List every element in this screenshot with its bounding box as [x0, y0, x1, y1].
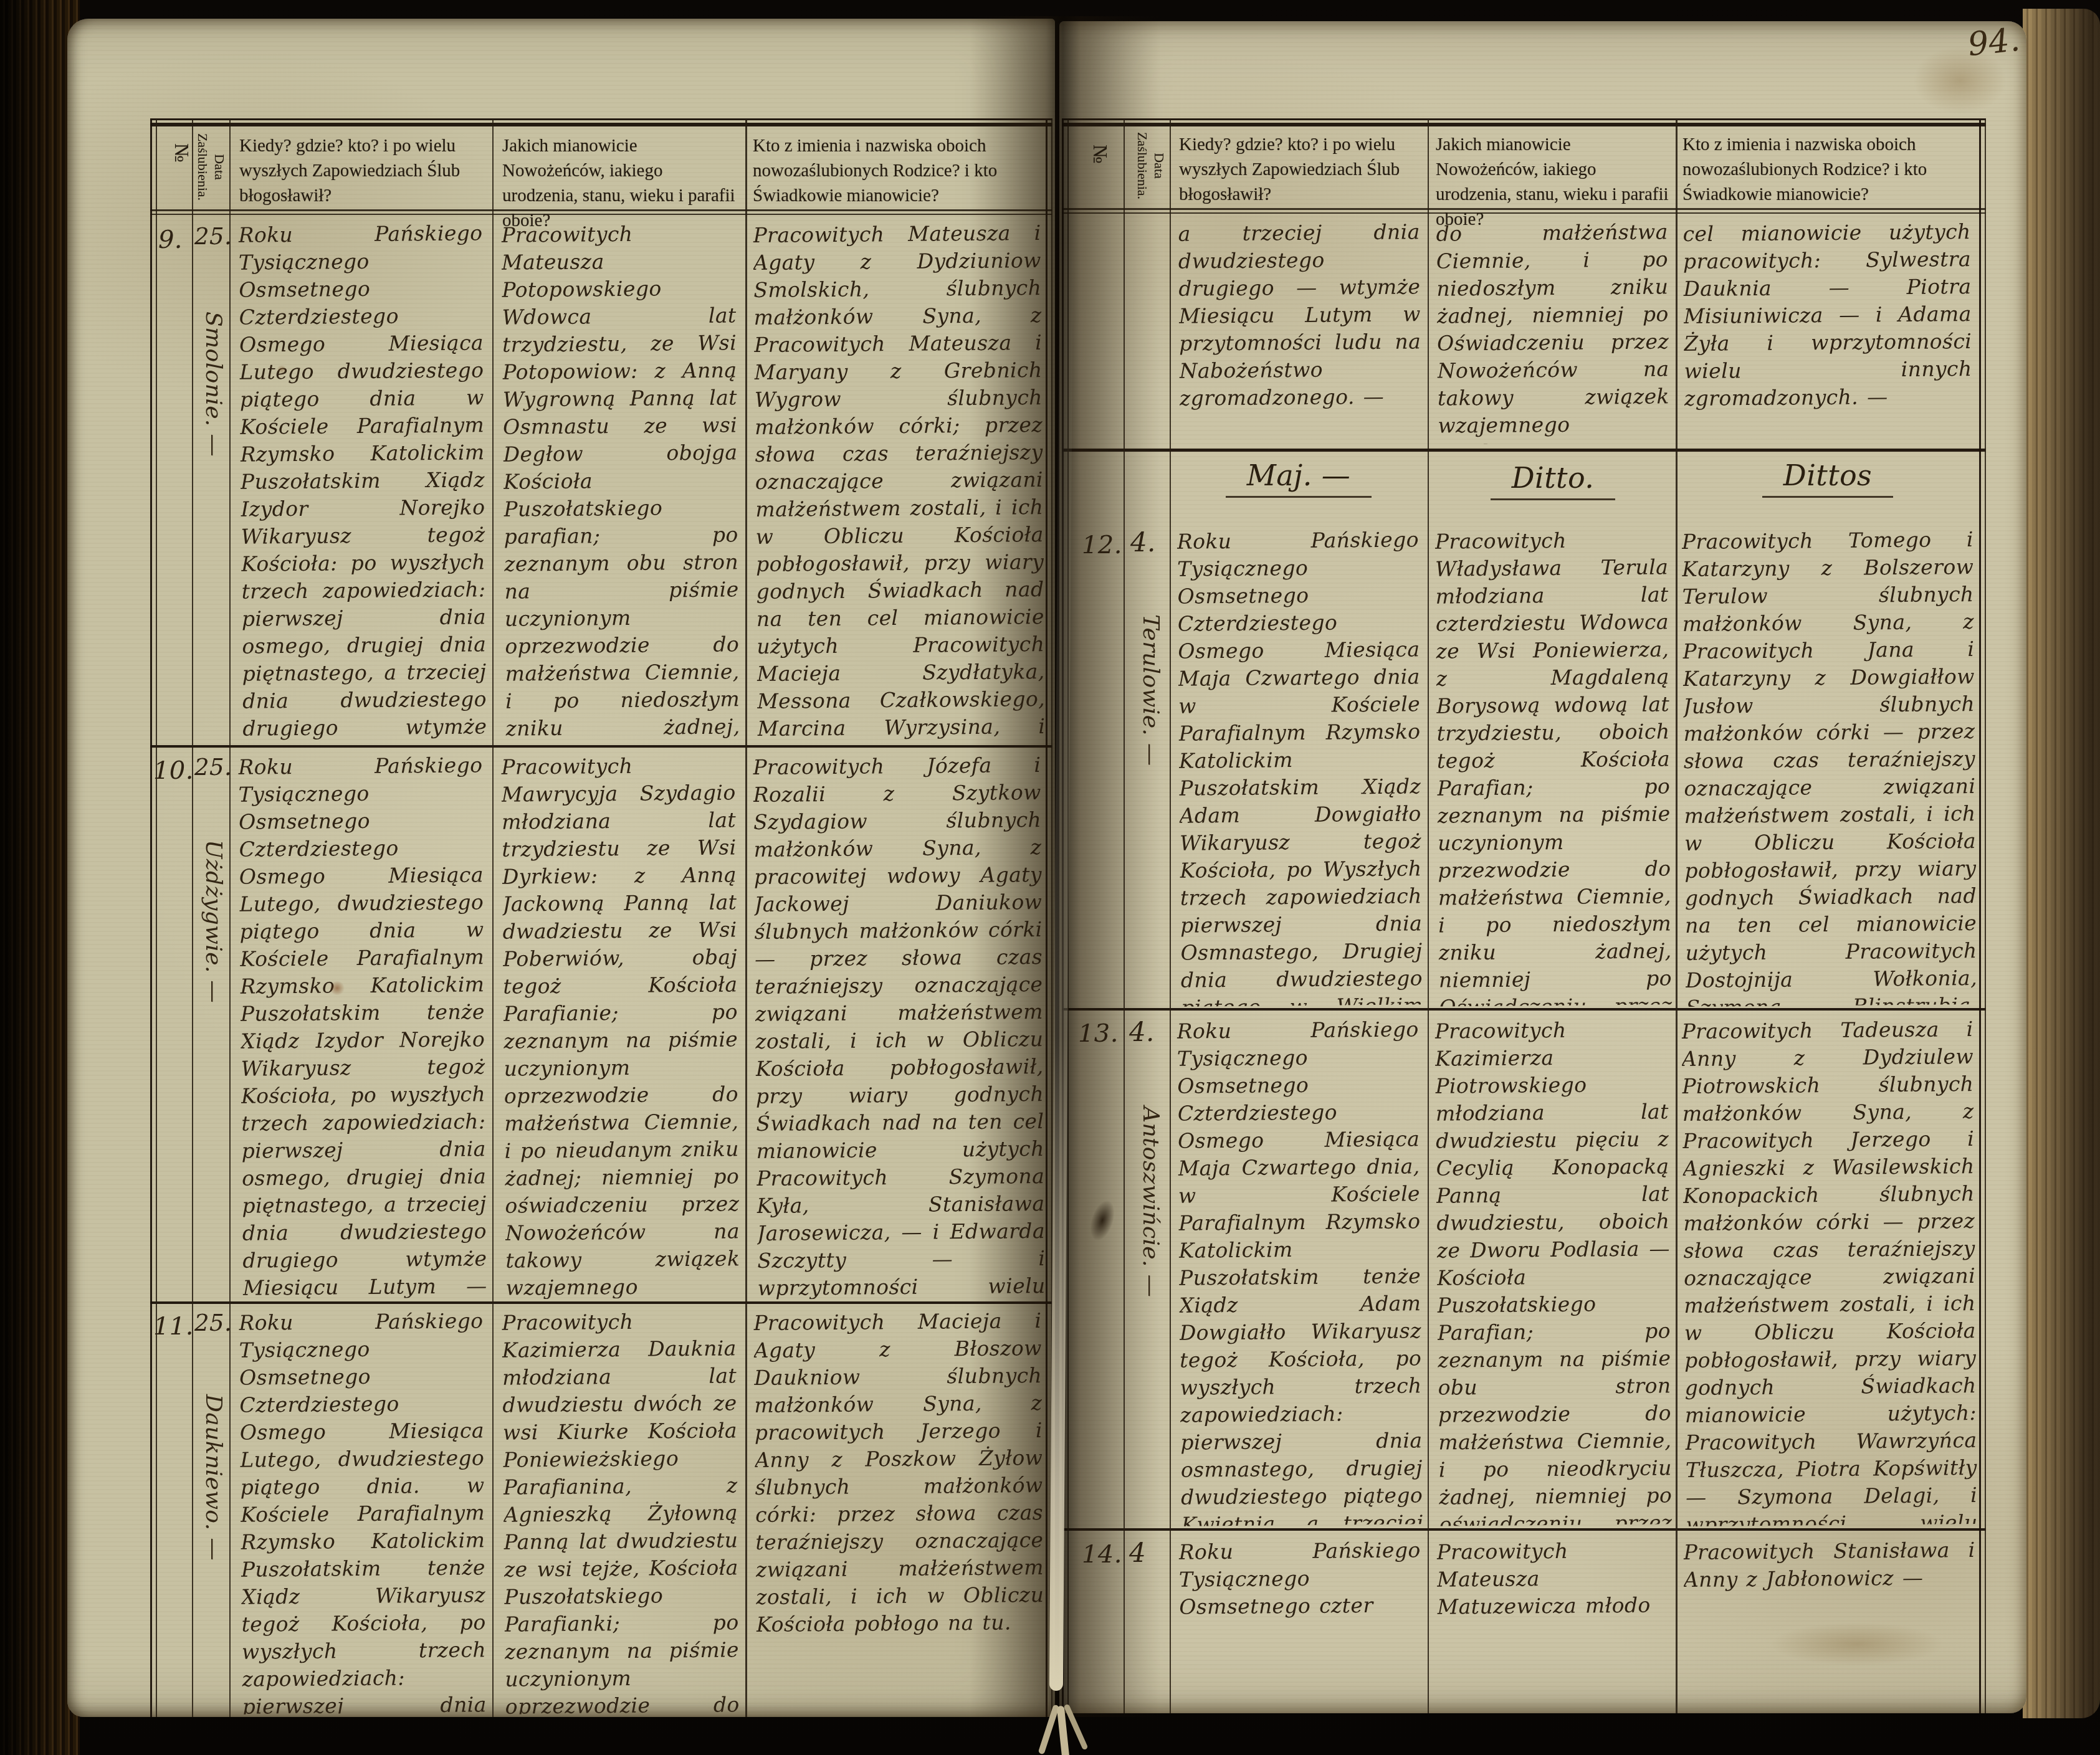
cell-newlyweds: Pracowitych Mateusza Matuzewicza młodo	[1436, 1536, 1670, 1619]
cell-parents-witnesses: Pracowitych Macieja i Agaty z Błoszow Da…	[753, 1307, 1045, 1715]
column-header-date: Data Zaślubienia.	[1134, 122, 1168, 209]
left-page: № Data Zaślubienia. Kiedy? gdzie? kto? i…	[67, 19, 1055, 1717]
month-label: Maj. —	[1226, 459, 1372, 498]
grid-line	[156, 120, 157, 1717]
cell-parents-witnesses: Pracowitych Stanisława i Anny z Jabłonow…	[1683, 1536, 1975, 1620]
parish-register-scan: № Data Zaślubienia. Kiedy? gdzie? kto? i…	[0, 0, 2100, 1755]
entry-number: 9.	[158, 226, 183, 254]
cell-parents-witnesses: Pracowitych Mateusza i Agaty z Dydziunio…	[753, 219, 1045, 744]
cell-parents-witnesses: Pracowitych Tadeusza i Anny z Dydziulew …	[1681, 1015, 1977, 1526]
entry-number: 10.	[153, 756, 194, 785]
grid-line	[1676, 120, 1678, 1713]
grid-line	[1062, 118, 1986, 120]
right-page-stack-edge	[2023, 9, 2100, 1718]
column-header-newlyweds: Jakich mianowicie Nowożeńców, iakiego ur…	[1436, 132, 1671, 232]
column-header-newlyweds: Jakich mianowicie Nowożeńców, iakiego ur…	[502, 133, 739, 233]
smudge	[1770, 1622, 1944, 1666]
page-number: 94.	[1966, 21, 2022, 64]
month-heading: Maj. —	[1172, 459, 1426, 492]
margin-place-note: Daukniewo. —	[201, 1394, 226, 1706]
cell-parents-witnesses: Pracowitych Józefa i Rozalii z Szytkow S…	[753, 751, 1046, 1300]
cell-newlyweds: Pracowitych Mateusza Potopowskiego Wdowc…	[501, 219, 740, 743]
margin-place-note: Antoszwińcie. —	[1138, 1106, 1163, 1493]
cell-newlyweds: Pracowitych Kazimierza Piotrowskiego mło…	[1434, 1015, 1672, 1526]
cell-newlyweds: Pracowitych Mawrycyja Szydagio młodziana…	[501, 751, 740, 1299]
grid-line	[1979, 120, 1981, 1713]
cell-parents-continuation: cel mianowicie użytych pracowitych: Sylw…	[1682, 218, 1972, 445]
ditto-label: Ditto.	[1491, 461, 1615, 500]
ditto-label: Dittos	[1762, 459, 1893, 498]
ditto-heading: Dittos	[1684, 459, 1972, 492]
grid-line	[229, 120, 231, 1717]
cell-when: Roku Pańskiego Tysiącznego Osmsetnego Cz…	[238, 219, 487, 743]
ink-blot	[1086, 1197, 1119, 1243]
column-header-number: №	[1089, 145, 1112, 201]
grid-line	[150, 118, 1052, 120]
right-page: № Data Zaślubienia. Kiedy? gdzie? kto? i…	[1059, 21, 2026, 1713]
grid-line	[1062, 1528, 1986, 1531]
cell-when: Roku Pańskiego Tysiącznego Osmsetnego Cz…	[1177, 526, 1423, 1006]
cell-parents-witnesses: Pracowitych Tomego i Katarzyny z Bolszer…	[1682, 526, 1978, 1007]
grid-line	[150, 123, 1052, 126]
column-header-parents-witnesses: Kto z imienia i nazwiska oboich nowozaśl…	[753, 133, 1047, 208]
margin-place-note: Terulowie. —	[1138, 614, 1163, 951]
cell-when: Roku Pańskiego Tysiącznego Osmsetnego Cz…	[239, 1307, 487, 1714]
grid-line	[150, 1301, 1052, 1304]
entry-number: 11.	[153, 1312, 194, 1341]
grid-line	[1428, 120, 1429, 1713]
entry-date: 4.	[1129, 1017, 1155, 1047]
grid-line	[150, 120, 152, 1717]
margin-place-note: Użdżygwie. —	[201, 840, 226, 1251]
grid-line	[1170, 120, 1171, 1713]
entry-date: 4.	[1130, 527, 1156, 558]
grid-line	[1124, 120, 1125, 1713]
cell-when: Roku Pańskiego Tysiącznego Osmsetnego Cz…	[1176, 1015, 1423, 1526]
grid-line	[1062, 123, 1986, 126]
entry-date: 4	[1129, 1538, 1146, 1568]
cell-newlyweds: Pracowitych Władysława Terula młodziana …	[1435, 526, 1673, 1006]
column-header-number: №	[171, 143, 193, 199]
grid-line	[492, 120, 494, 1717]
ditto-heading: Ditto.	[1437, 461, 1669, 495]
cell-when: Roku Pańskiego Tysiącznego Osmsetnego Cz…	[238, 751, 487, 1299]
cell-newlyweds: Pracowitych Kazimierza Dauknia młodziana…	[502, 1307, 740, 1714]
cell-when-continuation: a trzeciej dnia dwudziestego drugiego — …	[1178, 218, 1421, 444]
entry-date: 25.	[194, 223, 232, 250]
grid-line	[192, 120, 193, 1717]
grid-line	[1046, 120, 1048, 1717]
margin-place-note: Smolonie. —	[201, 312, 226, 660]
column-header-when: Kiedy? gdzie? kto? i po wielu wyszłych Z…	[239, 133, 487, 208]
column-header-parents-witnesses: Kto z imienia i nazwiska oboich nowozaśl…	[1682, 132, 1980, 207]
grid-line	[150, 745, 1052, 748]
entry-date: 25.	[194, 1310, 232, 1336]
entry-number: 13.	[1078, 1019, 1119, 1048]
entry-number: 14.	[1082, 1540, 1122, 1569]
grid-line	[1062, 1008, 1986, 1011]
grid-line	[1062, 449, 1986, 452]
cell-newlyweds-continuation: do małżeństwa Ciemnie, i po niedoszłym z…	[1436, 218, 1669, 444]
grid-line	[745, 120, 747, 1717]
entry-date: 25.	[194, 754, 232, 781]
entry-number: 12.	[1082, 531, 1122, 559]
column-header-when: Kiedy? gdzie? kto? i po wielu wyszłych Z…	[1179, 132, 1423, 207]
grid-line	[1985, 120, 1986, 1713]
cell-when: Roku Pańskiego Tysiącznego Osmsetnego cz…	[1178, 1536, 1421, 1619]
column-header-date: Data Zaślubienia.	[194, 123, 228, 211]
